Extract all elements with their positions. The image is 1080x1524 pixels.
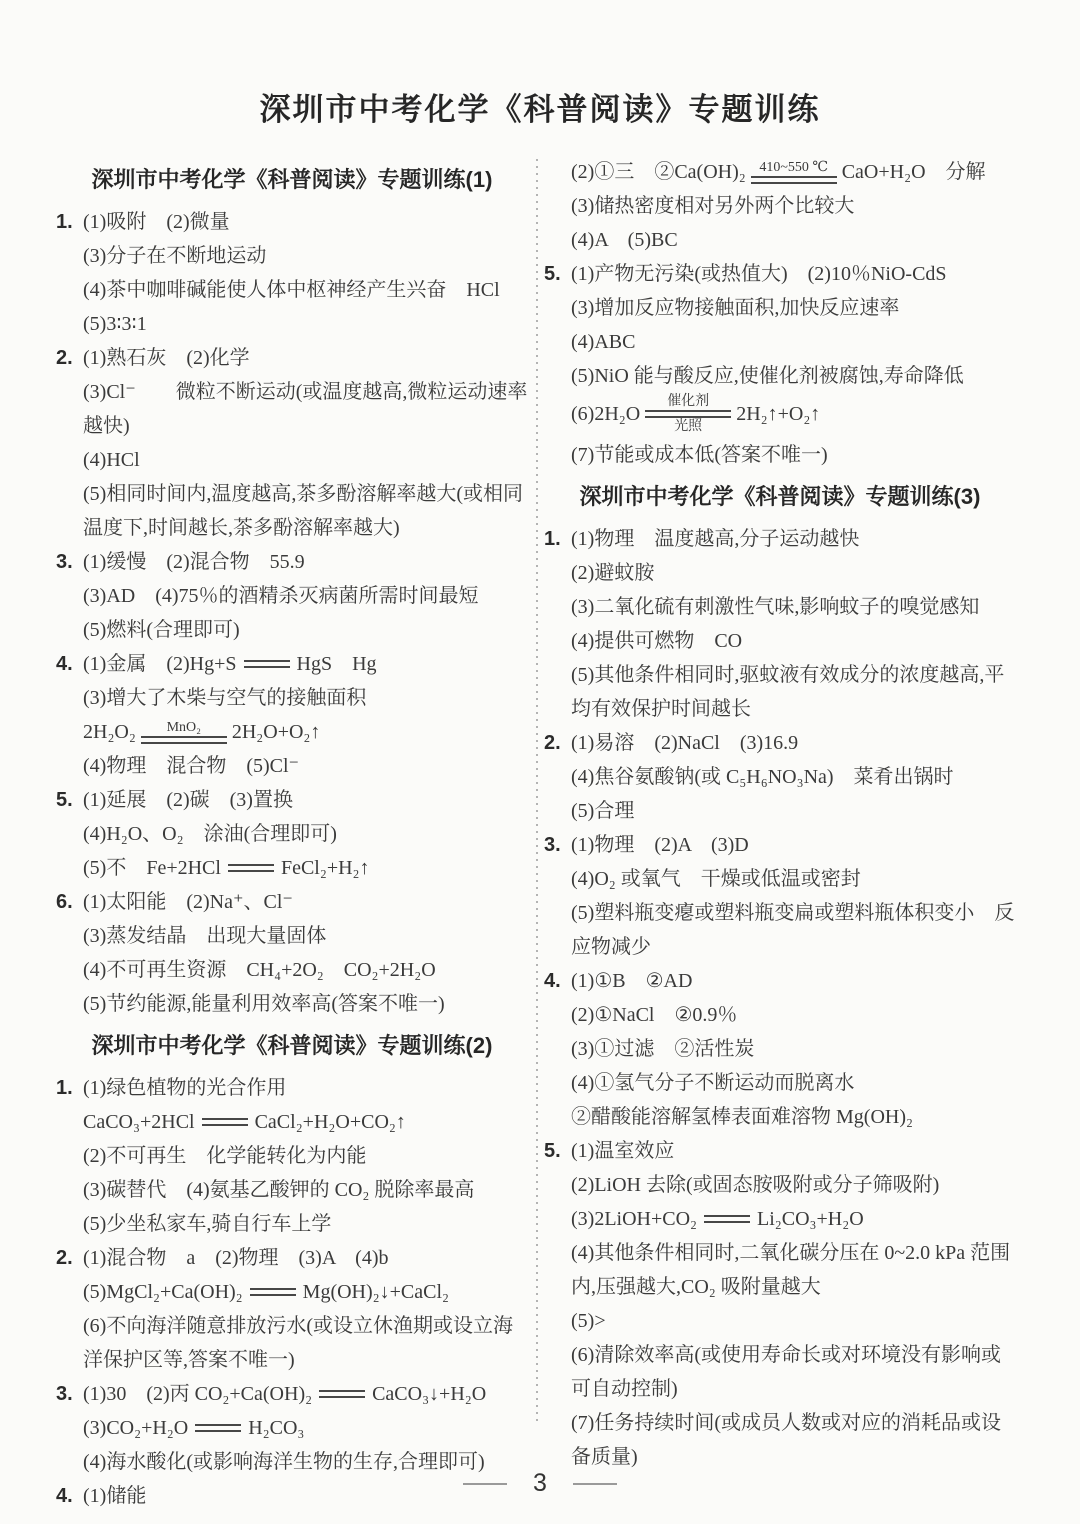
answer-line: (2)LiOH 去除(或固态胺吸附或分子筛吸附) (544, 1168, 1016, 1202)
answer-line: (3)二氧化硫有刺激性气味,影响蚊子的嗅觉感知 (544, 590, 1016, 624)
item-number: 1. (56, 205, 73, 239)
item-number: 5. (544, 1134, 561, 1168)
answer-line: (5)MgCl₂+Ca(OH)₂Mg(OH)₂↓+CaCl₂ (56, 1275, 528, 1309)
answer-text: (1)物理 (2)A (3)D (571, 834, 749, 856)
answer-line: (3)增加反应物接触面积,加快反应速率 (544, 291, 1016, 325)
answer-text: (3)碳替代 (4)氨基乙酸钾的 CO₂ 脱除率最高 (83, 1179, 474, 1201)
page-number-dash (463, 1483, 507, 1485)
page-title: 深圳市中考化学《科普阅读》专题训练 (0, 0, 1080, 129)
section-heading: 深圳市中考化学《科普阅读》专题训练(1) (56, 158, 528, 202)
answer-line: 2.(1)混合物 a (2)物理 (3)A (4)b (56, 1241, 528, 1275)
answer-line: (4)H₂O、O₂ 涂油(合理即可) (56, 817, 528, 851)
column-divider (536, 159, 538, 1421)
answer-line: (4)①氢气分子不断运动而脱离水 (544, 1066, 1016, 1100)
answer-text: (1)温室效应 (571, 1140, 674, 1162)
answer-line: (3)①过滤 ②活性炭 (544, 1032, 1016, 1066)
answer-line: (4)ABC (544, 325, 1016, 359)
answer-line: 4.(1)金属 (2)Hg+SHgS Hg (56, 647, 528, 681)
answer-line: 1.(1)吸附 (2)微量 (56, 205, 528, 239)
answer-text: (5)合理 (571, 800, 634, 822)
answer-text: (1)金属 (2)Hg+S (83, 653, 237, 675)
answer-text: (4)不可再生资源 CH₄+2O₂ CO₂+2H₂O (83, 959, 436, 981)
double-line-equals (751, 176, 837, 184)
answer-text: (1)混合物 a (2)物理 (3)A (4)b (83, 1247, 389, 1269)
answer-line: (4)HCl (56, 443, 528, 477)
answer-text: (4)ABC (571, 331, 635, 353)
answer-line: CaCO₃+2HClCaCl₂+H₂O+CO₂↑ (56, 1105, 528, 1139)
item-number: 1. (56, 1071, 73, 1105)
answer-text: (5)少坐私家车,骑自行车上学 (83, 1213, 331, 1235)
answer-line: (4)物理 混合物 (5)Cl⁻ (56, 749, 528, 783)
answer-text: (2)避蚊胺 (571, 562, 654, 584)
answer-text: (5)MgCl₂+Ca(OH)₂ (83, 1281, 243, 1303)
answer-text: (3)增大了木柴与空气的接触面积 (83, 687, 366, 709)
answer-text: CaCO₃+2HCl (83, 1111, 195, 1133)
section-heading: 深圳市中考化学《科普阅读》专题训练(3) (544, 475, 1016, 519)
answer-line: (4)O₂ 或氧气 干燥或低温或密封 (544, 862, 1016, 896)
answer-text: (2)①NaCl ②0.9％ (571, 1004, 737, 1026)
answer-text: (1)易溶 (2)NaCl (3)16.9 (571, 732, 798, 754)
answer-line: 5.(1)温室效应 (544, 1134, 1016, 1168)
answer-text: (4)焦谷氨酸钠(或 C₅H₆NO₃Na) 菜肴出锅时 (571, 766, 954, 788)
answer-line: (6)不向海洋随意排放污水(或设立休渔期或设立海洋保护区等,答案不唯一) (56, 1309, 528, 1377)
answer-text: 2H₂O+O₂↑ (232, 721, 321, 743)
double-line-equals (250, 1288, 296, 1296)
answer-text: (1)绿色植物的光合作用 (83, 1077, 286, 1099)
page-number-dash (573, 1483, 617, 1485)
reaction-condition-equals: MnO₂ (141, 719, 227, 744)
page-footer: 3 (0, 1469, 1080, 1498)
answer-columns: 深圳市中考化学《科普阅读》专题训练(1)1.(1)吸附 (2)微量(3)分子在不… (0, 155, 1080, 1513)
answer-line: (5)少坐私家车,骑自行车上学 (56, 1207, 528, 1241)
answer-text: (4)A (5)BC (571, 229, 678, 251)
item-number: 5. (544, 257, 561, 291)
answer-line: 1.(1)物理 温度越高,分子运动越快 (544, 522, 1016, 556)
answer-text: (7)节能或成本低(答案不唯一) (571, 444, 828, 466)
answer-text: (3)①过滤 ②活性炭 (571, 1038, 754, 1060)
answer-line: (4)焦谷氨酸钠(或 C₅H₆NO₃Na) 菜肴出锅时 (544, 760, 1016, 794)
answer-text: (3)CO₂+H₂O (83, 1417, 188, 1439)
answer-line: 1.(1)绿色植物的光合作用 (56, 1071, 528, 1105)
answer-line: (5)相同时间内,温度越高,茶多酚溶解率越大(或相同温度下,时间越长,茶多酚溶解… (56, 477, 528, 545)
reaction-condition-equals: 催化剂光照 (645, 393, 731, 435)
answer-line: (4)茶中咖啡碱能使人体中枢神经产生兴奋 HCl (56, 273, 528, 307)
answers-column-left: 深圳市中考化学《科普阅读》专题训练(1)1.(1)吸附 (2)微量(3)分子在不… (56, 155, 528, 1513)
answer-line: (2)避蚊胺 (544, 556, 1016, 590)
item-number: 2. (544, 726, 561, 760)
answers-column-right: (2)①三 ②Ca(OH)₂410~550 ℃CaO+H₂O 分解 (3)储热密… (544, 155, 1016, 1474)
reaction-condition-equals: 410~550 ℃ (751, 159, 837, 184)
answer-text: (5)> (571, 1310, 606, 1332)
item-number: 3. (56, 545, 73, 579)
answer-line: 2.(1)熟石灰 (2)化学 (56, 341, 528, 375)
answer-text: (3)AD (4)75％的酒精杀灭病菌所需时间最短 (83, 585, 479, 607)
answer-text: (1)产物无污染(或热值大) (2)10％NiO-CdS (571, 263, 947, 285)
answer-text: (4)O₂ 或氧气 干燥或低温或密封 (571, 868, 861, 890)
item-number: 3. (544, 828, 561, 862)
answer-text: (5)其他条件相同时,驱蚊液有效成分的浓度越高,平均有效保护时间越长 (571, 664, 1004, 720)
document-page: 深圳市中考化学《科普阅读》专题训练 深圳市中考化学《科普阅读》专题训练(1)1.… (0, 0, 1080, 1524)
item-number: 6. (56, 885, 73, 919)
answer-line: (7)任务持续时间(或成员人数或对应的消耗品或设备质量) (544, 1406, 1016, 1474)
answer-text: HgS Hg (297, 653, 377, 675)
answer-text: ②醋酸能溶解氢棒表面难溶物 Mg(OH)₂ (571, 1106, 913, 1128)
answer-line: (2)①三 ②Ca(OH)₂410~550 ℃CaO+H₂O 分解 (3)储热密… (544, 155, 1016, 223)
answer-text: (6)不向海洋随意排放污水(或设立休渔期或设立海洋保护区等,答案不唯一) (83, 1315, 513, 1371)
item-number: 4. (544, 964, 561, 998)
item-number: 2. (56, 341, 73, 375)
item-number: 5. (56, 783, 73, 817)
answer-line: ②醋酸能溶解氢棒表面难溶物 Mg(OH)₂ (544, 1100, 1016, 1134)
answer-line: (4)不可再生资源 CH₄+2O₂ CO₂+2H₂O (56, 953, 528, 987)
answer-text: (1)30 (2)丙 CO₂+Ca(OH)₂ (83, 1383, 312, 1405)
condition-above: MnO₂ (167, 719, 201, 736)
answer-text: FeCl₂+H₂↑ (281, 857, 370, 879)
answer-text: CaCO₃↓+H₂O (372, 1383, 486, 1405)
answer-text: CaCl₂+H₂O+CO₂↑ (255, 1111, 406, 1133)
answer-line: (2)①NaCl ②0.9％ (544, 998, 1016, 1032)
answer-text: (4)H₂O、O₂ 涂油(合理即可) (83, 823, 337, 845)
answer-line: 4.(1)①B ②AD (544, 964, 1016, 998)
answer-line: 5.(1)产物无污染(或热值大) (2)10％NiO-CdS (544, 257, 1016, 291)
answer-line: (5)塑料瓶变瘪或塑料瓶变扁或塑料瓶体积变小 反应物减少 (544, 896, 1016, 964)
double-line-equals (244, 660, 290, 668)
answer-text: (3)增加反应物接触面积,加快反应速率 (571, 297, 899, 319)
page-number: 3 (533, 1469, 547, 1498)
answer-text: (5)3∶3∶1 (83, 313, 147, 335)
answer-line: (5)合理 (544, 794, 1016, 828)
answer-text: (1)缓慢 (2)混合物 55.9 (83, 551, 305, 573)
answer-line: (7)节能或成本低(答案不唯一) (544, 438, 1016, 472)
answer-line: 2H₂O₂MnO₂2H₂O+O₂↑ (56, 715, 528, 749)
answer-text: (2)LiOH 去除(或固态胺吸附或分子筛吸附) (571, 1174, 939, 1196)
answer-line: (5)NiO 能与酸反应,使催化剂被腐蚀,寿命降低 (544, 359, 1016, 393)
double-line-equals (645, 410, 731, 418)
answer-text: (5)节约能源,能量利用效率高(答案不唯一) (83, 993, 445, 1015)
answer-text: (4)HCl (83, 449, 140, 471)
answer-text: (6)清除效率高(或使用寿命长或对环境没有影响或可自动控制) (571, 1344, 1001, 1400)
answer-line: (4)A (5)BC (544, 223, 1016, 257)
answer-text: 2H₂↑+O₂↑ (736, 403, 820, 425)
answer-text: (5)相同时间内,温度越高,茶多酚溶解率越大(或相同温度下,时间越长,茶多酚溶解… (83, 483, 523, 539)
answer-line: (6)清除效率高(或使用寿命长或对环境没有影响或可自动控制) (544, 1338, 1016, 1406)
double-line-equals (195, 1424, 241, 1432)
answer-text: (3)Cl⁻ 微粒不断运动(或温度越高,微粒运动速率越快) (83, 381, 527, 437)
answer-line: (3)分子在不断地运动 (56, 239, 528, 273)
answer-line: 3.(1)物理 (2)A (3)D (544, 828, 1016, 862)
answer-text: (4)物理 混合物 (5)Cl⁻ (83, 755, 299, 777)
item-number: 2. (56, 1241, 73, 1275)
answer-text: (1)熟石灰 (2)化学 (83, 347, 250, 369)
answer-line: (3)AD (4)75％的酒精杀灭病菌所需时间最短 (56, 579, 528, 613)
answer-text: (2)①三 ②Ca(OH)₂ (571, 161, 746, 183)
answer-text: (5)塑料瓶变瘪或塑料瓶变扁或塑料瓶体积变小 反应物减少 (571, 902, 1014, 958)
answer-line: (6)2H₂O催化剂光照2H₂↑+O₂↑ (544, 393, 1016, 438)
answer-line: 3.(1)缓慢 (2)混合物 55.9 (56, 545, 528, 579)
answer-text: Li₂CO₃+H₂O (757, 1208, 864, 1230)
answer-line: (2)不可再生 化学能转化为内能 (56, 1139, 528, 1173)
item-number: 3. (56, 1377, 73, 1411)
answer-line: (3)CO₂+H₂OH₂CO₃ (56, 1411, 528, 1445)
answer-text: (5)NiO 能与酸反应,使催化剂被腐蚀,寿命降低 (571, 365, 964, 387)
item-number: 4. (56, 647, 73, 681)
double-line-equals (704, 1215, 750, 1223)
answer-line: (5)3∶3∶1 (56, 307, 528, 341)
answer-text: (1)吸附 (2)微量 (83, 211, 230, 233)
answer-text: (6)2H₂O (571, 403, 640, 425)
answer-line: 5.(1)延展 (2)碳 (3)置换 (56, 783, 528, 817)
answer-line: (5)其他条件相同时,驱蚊液有效成分的浓度越高,平均有效保护时间越长 (544, 658, 1016, 726)
double-line-equals (141, 736, 227, 744)
answer-text: (3)蒸发结晶 出现大量固体 (83, 925, 326, 947)
answer-text: (7)任务持续时间(或成员人数或对应的消耗品或设备质量) (571, 1412, 1001, 1468)
answer-text: (3)2LiOH+CO₂ (571, 1208, 697, 1230)
condition-below: 光照 (674, 418, 702, 435)
answer-text: (1)物理 温度越高,分子运动越快 (571, 528, 859, 550)
answer-line: (3)Cl⁻ 微粒不断运动(或温度越高,微粒运动速率越快) (56, 375, 528, 443)
answer-text: (4)其他条件相同时,二氧化碳分压在 0~2.0 kPa 范围内,压强越大,CO… (571, 1242, 1010, 1298)
condition-above: 催化剂 (667, 393, 709, 410)
answer-line: (4)其他条件相同时,二氧化碳分压在 0~2.0 kPa 范围内,压强越大,CO… (544, 1236, 1016, 1304)
answer-text: (2)不可再生 化学能转化为内能 (83, 1145, 366, 1167)
answer-line: (5)> (544, 1304, 1016, 1338)
answer-text: (4)茶中咖啡碱能使人体中枢神经产生兴奋 HCl (83, 279, 500, 301)
answer-line: (5)不 Fe+2HClFeCl₂+H₂↑ (56, 851, 528, 885)
double-line-equals (228, 864, 274, 872)
double-line-equals (319, 1390, 365, 1398)
answer-line: 2.(1)易溶 (2)NaCl (3)16.9 (544, 726, 1016, 760)
answer-line: 6.(1)太阳能 (2)Na⁺、Cl⁻ (56, 885, 528, 919)
answer-text: (1)延展 (2)碳 (3)置换 (83, 789, 293, 811)
answer-text: (3)分子在不断地运动 (83, 245, 266, 267)
answer-line: (3)碳替代 (4)氨基乙酸钾的 CO₂ 脱除率最高 (56, 1173, 528, 1207)
answer-text: (1)太阳能 (2)Na⁺、Cl⁻ (83, 891, 293, 913)
answer-line: (5)燃料(合理即可) (56, 613, 528, 647)
answer-line: (3)2LiOH+CO₂Li₂CO₃+H₂O (544, 1202, 1016, 1236)
double-line-equals (202, 1118, 248, 1126)
answer-line: (5)节约能源,能量利用效率高(答案不唯一) (56, 987, 528, 1021)
answer-text: (1)①B ②AD (571, 970, 692, 992)
condition-above: 410~550 ℃ (759, 159, 828, 176)
answer-line: (3)增大了木柴与空气的接触面积 (56, 681, 528, 715)
answer-text: (4)提供可燃物 CO (571, 630, 742, 652)
item-number: 1. (544, 522, 561, 556)
answer-text: H₂CO₃ (248, 1417, 304, 1439)
answer-line: (3)蒸发结晶 出现大量固体 (56, 919, 528, 953)
answer-line: (4)提供可燃物 CO (544, 624, 1016, 658)
answer-text: Mg(OH)₂↓+CaCl₂ (303, 1281, 449, 1303)
answer-text: (5)不 Fe+2HCl (83, 857, 221, 879)
answer-line: 3.(1)30 (2)丙 CO₂+Ca(OH)₂CaCO₃↓+H₂O (56, 1377, 528, 1411)
section-heading: 深圳市中考化学《科普阅读》专题训练(2) (56, 1024, 528, 1068)
answer-text: (4)①氢气分子不断运动而脱离水 (571, 1072, 854, 1094)
answer-text: 2H₂O₂ (83, 721, 136, 743)
answer-text: (3)二氧化硫有刺激性气味,影响蚊子的嗅觉感知 (571, 596, 979, 618)
answer-text: (5)燃料(合理即可) (83, 619, 240, 641)
